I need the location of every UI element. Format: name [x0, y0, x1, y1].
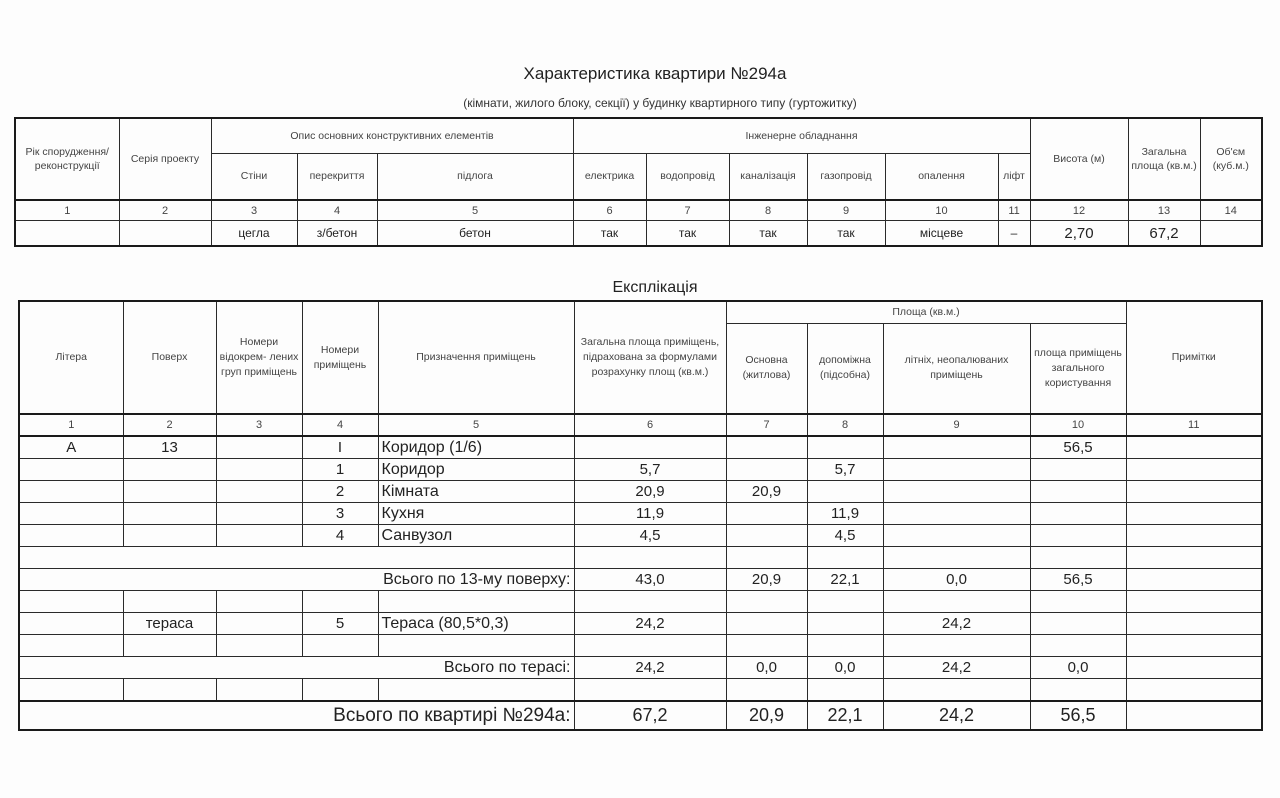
- grand-total-main: 20,9: [726, 701, 807, 730]
- header-sewerage: каналізація: [729, 153, 807, 200]
- room-main-area: [726, 503, 807, 525]
- value-series: [119, 221, 211, 247]
- floor-total-aux: 22,1: [807, 569, 883, 591]
- header-engineering: Інженерне обладнання: [573, 118, 1030, 153]
- value-total-area: 67,2: [1128, 221, 1200, 247]
- header-water: водопровід: [646, 153, 729, 200]
- floor-total-common: 56,5: [1030, 569, 1126, 591]
- header-total-area: Загальна площа (кв.м.): [1128, 118, 1200, 200]
- grand-total-area: 67,2: [574, 701, 726, 730]
- col-num: 2: [119, 200, 211, 221]
- header-floor: підлога: [377, 153, 573, 200]
- room-notes: [1126, 459, 1262, 481]
- room-aux-area: 11,9: [807, 503, 883, 525]
- characteristics-values-row: цегла з/бетон бетон так так так так місц…: [15, 221, 1262, 247]
- value-ceiling: з/бетон: [297, 221, 377, 247]
- room-group: [216, 459, 302, 481]
- column-number-row: 1 2 3 4 5 6 7 8 9 10 11: [19, 414, 1262, 436]
- header-auxiliary-area: допоміжна (підсобна): [807, 323, 883, 414]
- terrace-total-main: 0,0: [726, 657, 807, 679]
- header-common-area: площа приміщень загального користування: [1030, 323, 1126, 414]
- room-aux-area: 4,5: [807, 525, 883, 547]
- header-elevator: ліфт: [998, 153, 1030, 200]
- col-num: 2: [123, 414, 216, 436]
- room-name: Санвузол: [378, 525, 574, 547]
- room-floor: [123, 525, 216, 547]
- room-group: [216, 525, 302, 547]
- room-common-area: [1030, 481, 1126, 503]
- room-name: Кімната: [378, 481, 574, 503]
- floor-total-main: 20,9: [726, 569, 807, 591]
- room-letter: [19, 459, 123, 481]
- col-num: 8: [807, 414, 883, 436]
- room-notes: [1126, 436, 1262, 459]
- grand-total-row: Всього по квартирі №294а: 67,2 20,9 22,1…: [19, 701, 1262, 730]
- room-common-area: 56,5: [1030, 436, 1126, 459]
- terrace-total-common: 0,0: [1030, 657, 1126, 679]
- room-notes: [1126, 503, 1262, 525]
- grand-total-aux: 22,1: [807, 701, 883, 730]
- document-title: Характеристика квартири №294а: [0, 64, 1280, 84]
- col-num: 1: [19, 414, 123, 436]
- col-num: 9: [807, 200, 885, 221]
- terrace-notes: [1126, 613, 1262, 635]
- blank-row: [19, 547, 1262, 569]
- value-height: 2,70: [1030, 221, 1128, 247]
- room-total-area: [574, 436, 726, 459]
- value-sewerage: так: [729, 221, 807, 247]
- room-summer-area: [883, 525, 1030, 547]
- col-num: 10: [885, 200, 998, 221]
- room-number: I: [302, 436, 378, 459]
- grand-total-summer: 24,2: [883, 701, 1030, 730]
- room-summer-area: [883, 436, 1030, 459]
- terrace-total-label: Всього по терасі:: [19, 657, 574, 679]
- room-common-area: [1030, 525, 1126, 547]
- room-main-area: [726, 436, 807, 459]
- floor-total-label: Всього по 13-му поверху:: [19, 569, 574, 591]
- table-row: 3Кухня11,911,9: [19, 503, 1262, 525]
- terrace-number: 5: [302, 613, 378, 635]
- document-subtitle: (кімнати, жилого блоку, секції) у будинк…: [0, 96, 1280, 110]
- room-common-area: [1030, 459, 1126, 481]
- terrace-group: [216, 613, 302, 635]
- room-summer-area: [883, 481, 1030, 503]
- room-number: 1: [302, 459, 378, 481]
- header-group-numbers: Номери відокрем- лених груп приміщень: [216, 301, 302, 414]
- terrace-floor: тераса: [123, 613, 216, 635]
- value-water: так: [646, 221, 729, 247]
- floor-total-notes: [1126, 569, 1262, 591]
- room-main-area: 20,9: [726, 481, 807, 503]
- header-floor: Поверх: [123, 301, 216, 414]
- floor-total-summer: 0,0: [883, 569, 1030, 591]
- room-letter: [19, 525, 123, 547]
- value-heating: місцеве: [885, 221, 998, 247]
- room-letter: [19, 503, 123, 525]
- header-year: Рік спорудження/ реконструкції: [15, 118, 119, 200]
- col-num: 3: [216, 414, 302, 436]
- value-gas: так: [807, 221, 885, 247]
- terrace-total-row: Всього по терасі: 24,2 0,0 0,0 24,2 0,0: [19, 657, 1262, 679]
- room-main-area: [726, 459, 807, 481]
- table-row: А13IКоридор (1/6)56,5: [19, 436, 1262, 459]
- value-electricity: так: [573, 221, 646, 247]
- room-letter: [19, 481, 123, 503]
- value-volume: [1200, 221, 1262, 247]
- blank-row: [19, 679, 1262, 702]
- room-group: [216, 436, 302, 459]
- header-height: Висота (м): [1030, 118, 1128, 200]
- col-num: 4: [302, 414, 378, 436]
- col-num: 13: [1128, 200, 1200, 221]
- col-num: 4: [297, 200, 377, 221]
- grand-total-notes: [1126, 701, 1262, 730]
- col-num: 11: [1126, 414, 1262, 436]
- room-name: Кухня: [378, 503, 574, 525]
- header-electricity: електрика: [573, 153, 646, 200]
- room-number: 4: [302, 525, 378, 547]
- column-number-row: 1 2 3 4 5 6 7 8 9 10 11 12 13 14: [15, 200, 1262, 221]
- col-num: 6: [574, 414, 726, 436]
- header-series: Серія проекту: [119, 118, 211, 200]
- grand-total-label: Всього по квартирі №294а:: [19, 701, 574, 730]
- header-total-area: Загальна площа приміщень, підрахована за…: [574, 301, 726, 414]
- terrace-aux: [807, 613, 883, 635]
- header-structural-elements: Опис основних конструктивних елементів: [211, 118, 573, 153]
- header-gas: газопровід: [807, 153, 885, 200]
- table-row: 2Кімната20,920,9: [19, 481, 1262, 503]
- terrace-letter: [19, 613, 123, 635]
- col-num: 10: [1030, 414, 1126, 436]
- room-summer-area: [883, 503, 1030, 525]
- room-total-area: 20,9: [574, 481, 726, 503]
- grand-total-common: 56,5: [1030, 701, 1126, 730]
- room-group: [216, 481, 302, 503]
- col-num: 14: [1200, 200, 1262, 221]
- header-room-numbers: Номери приміщень: [302, 301, 378, 414]
- room-total-area: 5,7: [574, 459, 726, 481]
- room-name: Коридор (1/6): [378, 436, 574, 459]
- explication-table: Літера Поверх Номери відокрем- лених гру…: [18, 300, 1263, 731]
- room-number: 3: [302, 503, 378, 525]
- terrace-total-aux: 0,0: [807, 657, 883, 679]
- room-group: [216, 503, 302, 525]
- header-area-group: Площа (кв.м.): [726, 301, 1126, 323]
- value-year: [15, 221, 119, 247]
- header-ceiling: перекриття: [297, 153, 377, 200]
- floor-total-row: Всього по 13-му поверху: 43,0 20,9 22,1 …: [19, 569, 1262, 591]
- room-aux-area: [807, 436, 883, 459]
- room-floor: [123, 459, 216, 481]
- col-num: 12: [1030, 200, 1128, 221]
- terrace-total-summer: 24,2: [883, 657, 1030, 679]
- header-main-area: Основна (житлова): [726, 323, 807, 414]
- table-row: 4Санвузол4,54,5: [19, 525, 1262, 547]
- room-letter: А: [19, 436, 123, 459]
- room-total-area: 4,5: [574, 525, 726, 547]
- header-volume: Об'єм (куб.м.): [1200, 118, 1262, 200]
- terrace-total: 24,2: [574, 613, 726, 635]
- terrace-row: тераса 5 Тераса (80,5*0,3) 24,2 24,2: [19, 613, 1262, 635]
- col-num: 5: [378, 414, 574, 436]
- value-elevator: –: [998, 221, 1030, 247]
- value-walls: цегла: [211, 221, 297, 247]
- floor-total-area: 43,0: [574, 569, 726, 591]
- col-num: 7: [646, 200, 729, 221]
- blank-cell: [19, 547, 574, 569]
- terrace-name: Тераса (80,5*0,3): [378, 613, 574, 635]
- room-notes: [1126, 525, 1262, 547]
- terrace-common: [1030, 613, 1126, 635]
- terrace-summer: 24,2: [883, 613, 1030, 635]
- terrace-total-area: 24,2: [574, 657, 726, 679]
- col-num: 5: [377, 200, 573, 221]
- room-summer-area: [883, 459, 1030, 481]
- col-num: 8: [729, 200, 807, 221]
- room-common-area: [1030, 503, 1126, 525]
- header-heating: опалення: [885, 153, 998, 200]
- header-purpose: Призначення приміщень: [378, 301, 574, 414]
- room-aux-area: 5,7: [807, 459, 883, 481]
- terrace-main: [726, 613, 807, 635]
- col-num: 7: [726, 414, 807, 436]
- table-row: 1Коридор5,75,7: [19, 459, 1262, 481]
- room-aux-area: [807, 481, 883, 503]
- col-num: 9: [883, 414, 1030, 436]
- room-total-area: 11,9: [574, 503, 726, 525]
- header-walls: Стіни: [211, 153, 297, 200]
- room-name: Коридор: [378, 459, 574, 481]
- explication-title: Експлікація: [0, 279, 1280, 297]
- room-floor: 13: [123, 436, 216, 459]
- col-num: 11: [998, 200, 1030, 221]
- room-number: 2: [302, 481, 378, 503]
- room-floor: [123, 503, 216, 525]
- col-num: 3: [211, 200, 297, 221]
- blank-row: [19, 591, 1262, 613]
- value-floor: бетон: [377, 221, 573, 247]
- header-summer-area: літніх, неопалюваних приміщень: [883, 323, 1030, 414]
- characteristics-table: Рік спорудження/ реконструкції Серія про…: [14, 117, 1263, 247]
- header-notes: Примітки: [1126, 301, 1262, 414]
- header-letter: Літера: [19, 301, 123, 414]
- room-main-area: [726, 525, 807, 547]
- room-floor: [123, 481, 216, 503]
- room-notes: [1126, 481, 1262, 503]
- terrace-total-notes: [1126, 657, 1262, 679]
- col-num: 6: [573, 200, 646, 221]
- blank-row: [19, 635, 1262, 657]
- col-num: 1: [15, 200, 119, 221]
